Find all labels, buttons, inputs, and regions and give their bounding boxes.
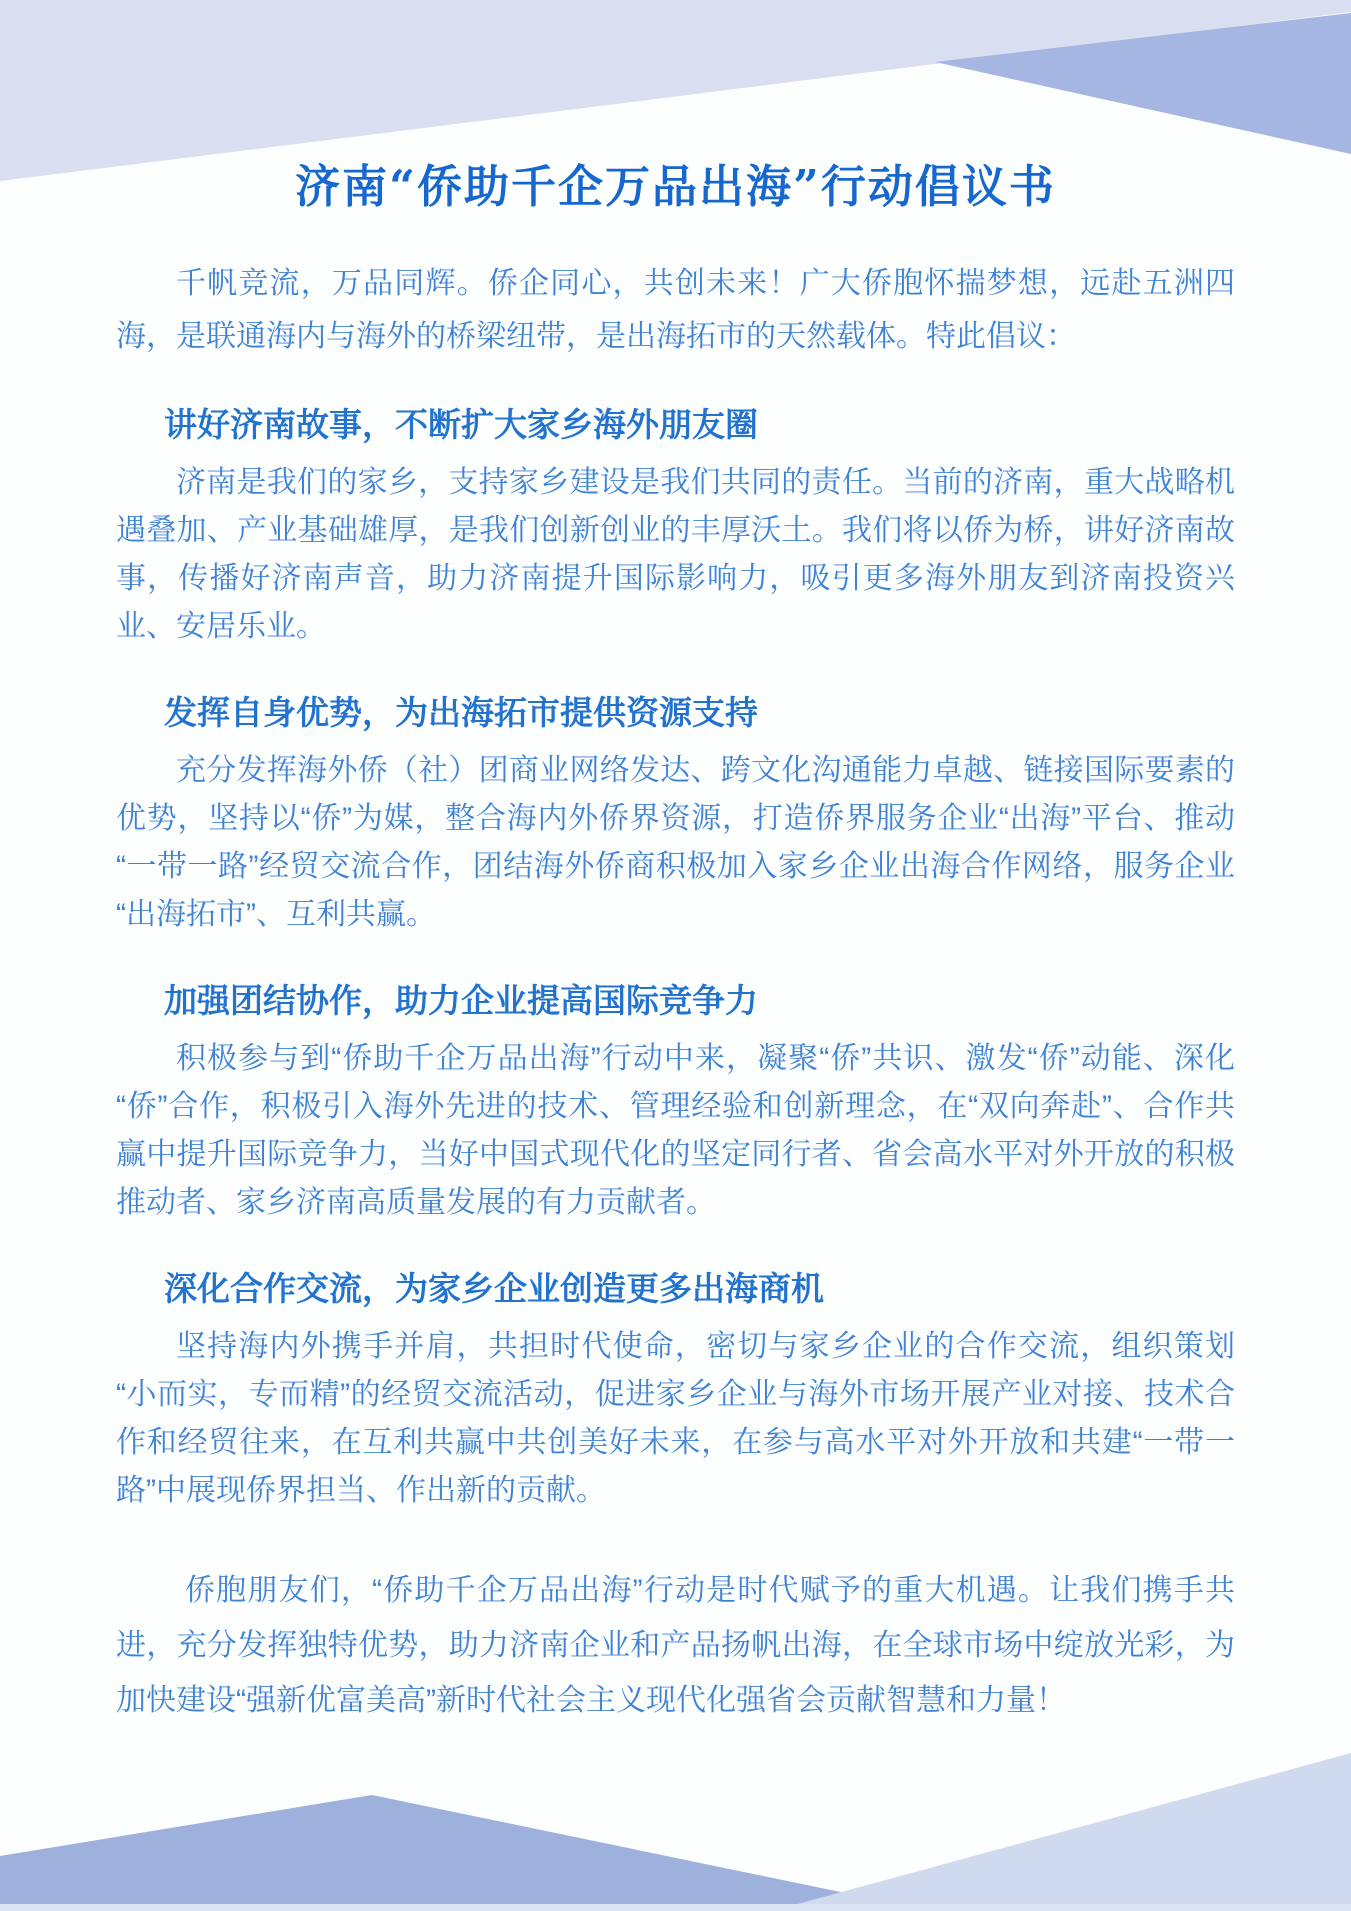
section-body: 济南是我们的家乡，支持家乡建设是我们共同的责任。当前的济南，重大战略机遇叠加、产… bbox=[116, 459, 1235, 651]
section-heading: 加强团结协作，助力企业提高国际竞争力 bbox=[116, 979, 1235, 1023]
section-jinan-story: 讲好济南故事，不断扩大家乡海外朋友圈 济南是我们的家乡，支持家乡建设是我们共同的… bbox=[116, 403, 1235, 651]
section-deepen-exchange: 深化合作交流，为家乡企业创造更多出海商机 坚持海内外携手并肩，共担时代使命，密切… bbox=[116, 1267, 1235, 1515]
bottom-right-triangle-shape bbox=[772, 1753, 1351, 1911]
section-unity-cooperation: 加强团结协作，助力企业提高国际竞争力 积极参与到“侨助千企万品出海”行动中来，凝… bbox=[116, 979, 1235, 1227]
section-heading: 讲好济南故事，不断扩大家乡海外朋友圈 bbox=[116, 403, 1235, 447]
section-own-advantages: 发挥自身优势，为出海拓市提供资源支持 充分发挥海外侨（社）团商业网络发达、跨文化… bbox=[116, 691, 1235, 939]
document-content: 济南“侨助千企万品出海”行动倡议书 千帆竞流，万品同辉。侨企同心，共创未来！广大… bbox=[116, 150, 1235, 1728]
section-body: 坚持海内外携手并肩，共担时代使命，密切与家乡企业的合作交流，组织策划“小而实，专… bbox=[116, 1323, 1235, 1515]
closing-paragraph: 侨胞朋友们，“侨助千企万品出海”行动是时代赋予的重大机遇。让我们携手共进，充分发… bbox=[116, 1563, 1235, 1728]
document-page: 济南“侨助千企万品出海”行动倡议书 千帆竞流，万品同辉。侨企同心，共创未来！广大… bbox=[0, 0, 1351, 1911]
section-body: 积极参与到“侨助千企万品出海”行动中来，凝聚“侨”共识、激发“侨”动能、深化“侨… bbox=[116, 1035, 1235, 1227]
document-title: 济南“侨助千企万品出海”行动倡议书 bbox=[116, 150, 1235, 215]
top-right-triangle-shape bbox=[935, 13, 1351, 154]
section-body: 充分发挥海外侨（社）团商业网络发达、跨文化沟通能力卓越、链接国际要素的优势，坚持… bbox=[116, 747, 1235, 939]
bottom-strip-shape bbox=[0, 1904, 1351, 1911]
intro-paragraph: 千帆竞流，万品同辉。侨企同心，共创未来！广大侨胞怀揣梦想，远赴五洲四海，是联通海… bbox=[116, 257, 1235, 363]
section-heading: 发挥自身优势，为出海拓市提供资源支持 bbox=[116, 691, 1235, 735]
bottom-left-mountain-shape bbox=[0, 1795, 908, 1906]
section-heading: 深化合作交流，为家乡企业创造更多出海商机 bbox=[116, 1267, 1235, 1311]
